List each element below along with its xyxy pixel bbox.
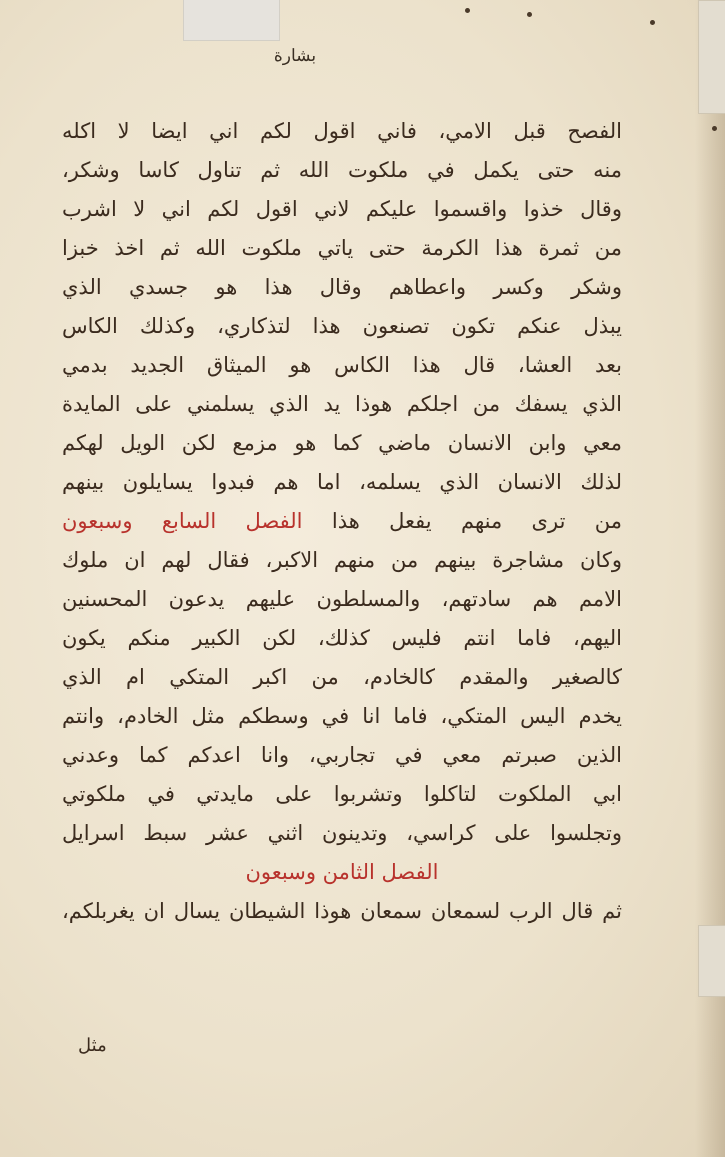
- text-line: الذين صبرتم معي في تجاربي، وانا اعدكم كم…: [62, 736, 622, 775]
- text-line: ثم قال الرب لسمعان سمعان هوذا الشيطان يس…: [62, 892, 622, 931]
- text-segment: من ترى منهم يفعل هذا: [332, 509, 622, 533]
- catchword: مثل: [78, 1035, 107, 1056]
- text-line: الذي يسفك من اجلكم هوذا يد الذي يسلمني ع…: [62, 385, 622, 424]
- text-line: لذلك الانسان الذي يسلمه، اما هم فبدوا يس…: [62, 463, 622, 502]
- text-line: وشكر وكسر واعطاهم وقال هذا هو جسدي الذي: [62, 268, 622, 307]
- text-line: كالصغير والمقدم كالخادم، من اكبر المتكي …: [62, 658, 622, 697]
- running-header: بشارة: [255, 46, 335, 66]
- text-line: الفصح قبل الامي، فاني اقول لكم اني ايضا …: [62, 112, 622, 151]
- text-line: معي وابن الانسان ماضي كما هو مزمع لكن ال…: [62, 424, 622, 463]
- paper-tab-right-bottom: [698, 925, 725, 997]
- text-block: الفصح قبل الامي، فاني اقول لكم اني ايضا …: [62, 112, 622, 931]
- text-line: وكان مشاجرة بينهم من منهم الاكبر، فقال ل…: [62, 541, 622, 580]
- ink-spot: [650, 20, 655, 25]
- text-line: يبذل عنكم تكون تصنعون هذا لتذكاري، وكذلك…: [62, 307, 622, 346]
- chapter-heading-78: الفصل الثامن وسبعون: [62, 853, 622, 892]
- text-line: وقال خذوا واقسموا عليكم لاني اقول لكم ان…: [62, 190, 622, 229]
- ink-spot: [712, 126, 717, 131]
- text-line: الامم هم سادتهم، والمسلطون عليهم يدعون ا…: [62, 580, 622, 619]
- ink-spot: [527, 12, 532, 17]
- text-line: ابي الملكوت لتاكلوا وتشربوا على مايدتي ف…: [62, 775, 622, 814]
- text-line: من ثمرة هذا الكرمة حتى ياتي ملكوت الله ث…: [62, 229, 622, 268]
- text-line: وتجلسوا على كراسي، وتدينون اثني عشر سبط …: [62, 814, 622, 853]
- text-line: اليهم، فاما انتم فليس كذلك، لكن الكبير م…: [62, 619, 622, 658]
- ink-spot: [465, 8, 470, 13]
- chapter-heading-77: الفصل السابع وسبعون: [62, 509, 303, 533]
- manuscript-page: بشارة الفصح قبل الامي، فاني اقول لكم اني…: [0, 0, 725, 1157]
- text-line: منه حتى يكمل في ملكوت الله ثم تناول كاسا…: [62, 151, 622, 190]
- paper-tab-right-top: [698, 0, 725, 114]
- text-line-with-rubric: من ترى منهم يفعل هذا الفصل السابع وسبعون: [62, 502, 622, 541]
- text-line: بعد العشا، قال هذا الكاس هو الميثاق الجد…: [62, 346, 622, 385]
- text-line: يخدم اليس المتكي، فاما انا في وسطكم مثل …: [62, 697, 622, 736]
- paper-tab-top: [183, 0, 280, 41]
